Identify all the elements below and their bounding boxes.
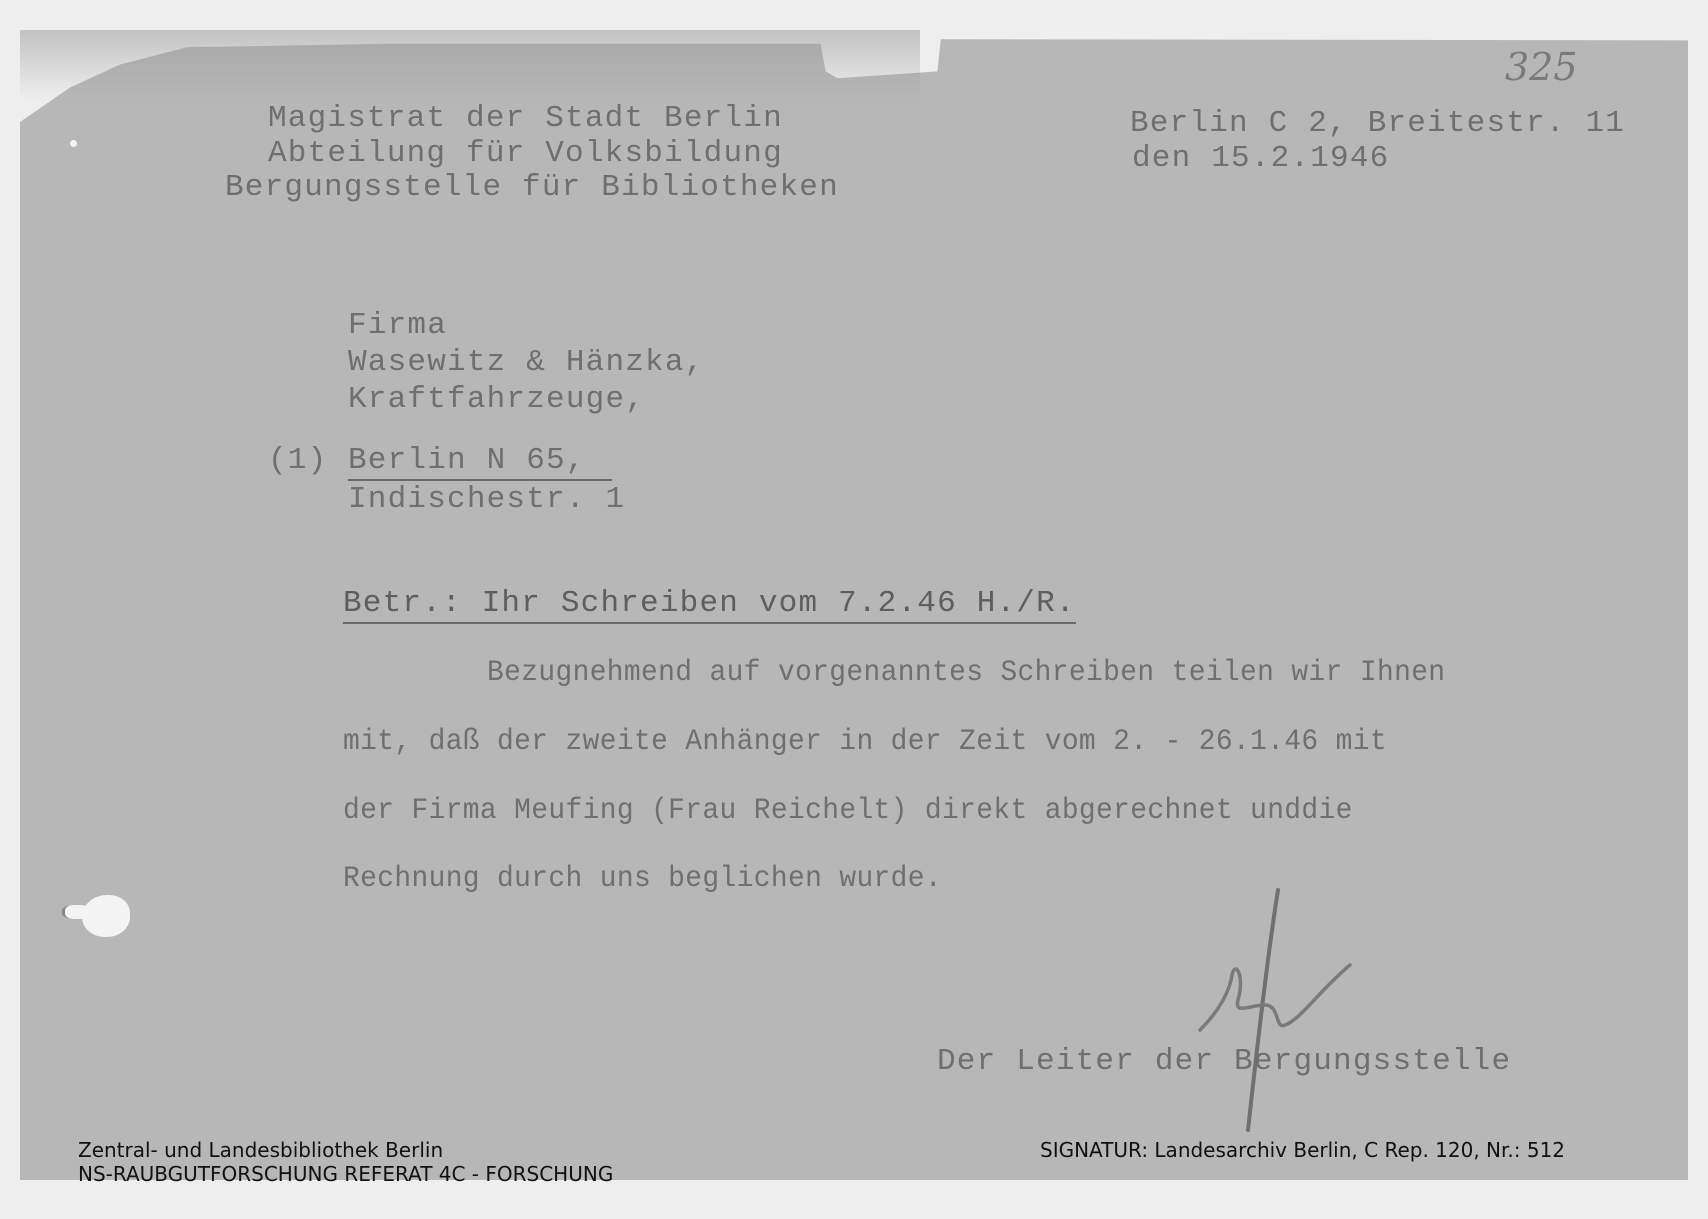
subject-line: Betr.: Ihr Schreiben vom 7.2.46 H./R. bbox=[343, 588, 1076, 624]
recipient-line-1: Firma bbox=[348, 310, 447, 341]
footer-institution: Zentral- und Landesbibliothek Berlin bbox=[78, 1138, 443, 1162]
letter-date: den 15.2.1946 bbox=[1132, 143, 1389, 174]
signature-title: Der Leiter der Bergungsstelle bbox=[937, 1046, 1511, 1077]
footer-signature-reference: SIGNATUR: Landesarchiv Berlin, C Rep. 12… bbox=[1040, 1138, 1565, 1162]
body-line-2: mit, daß der zweite Anhänger in der Zeit… bbox=[343, 727, 1387, 757]
body-line-1: Bezugnehmend auf vorgenanntes Schreiben … bbox=[487, 658, 1445, 688]
sender-line-3: Bergungsstelle für Bibliotheken bbox=[225, 172, 839, 203]
postal-prefix: (1) bbox=[268, 445, 327, 476]
recipient-line-3: Kraftfahrzeuge, bbox=[348, 384, 645, 415]
footer-department: NS-RAUBGUTFORSCHUNG REFERAT 4C - FORSCHU… bbox=[78, 1162, 613, 1186]
sender-line-1: Magistrat der Stadt Berlin bbox=[268, 103, 783, 134]
punch-hole bbox=[82, 895, 130, 937]
page-number: 325 bbox=[1505, 45, 1578, 89]
recipient-city: Berlin N 65, bbox=[348, 445, 612, 481]
sender-line-2: Abteilung für Volksbildung bbox=[268, 138, 783, 169]
recipient-line-2: Wasewitz & Hänzka, bbox=[348, 347, 704, 378]
paper-fold-shadow bbox=[20, 30, 920, 100]
sender-address: Berlin C 2, Breitestr. 11 bbox=[1130, 108, 1625, 139]
body-line-3: der Firma Meufing (Frau Reichelt) direkt… bbox=[343, 796, 1353, 826]
paper-damage-spot bbox=[70, 140, 77, 147]
body-line-4: Rechnung durch uns beglichen wurde. bbox=[343, 864, 942, 894]
recipient-street: Indischestr. 1 bbox=[348, 484, 625, 515]
handwritten-signature bbox=[1190, 880, 1390, 1140]
